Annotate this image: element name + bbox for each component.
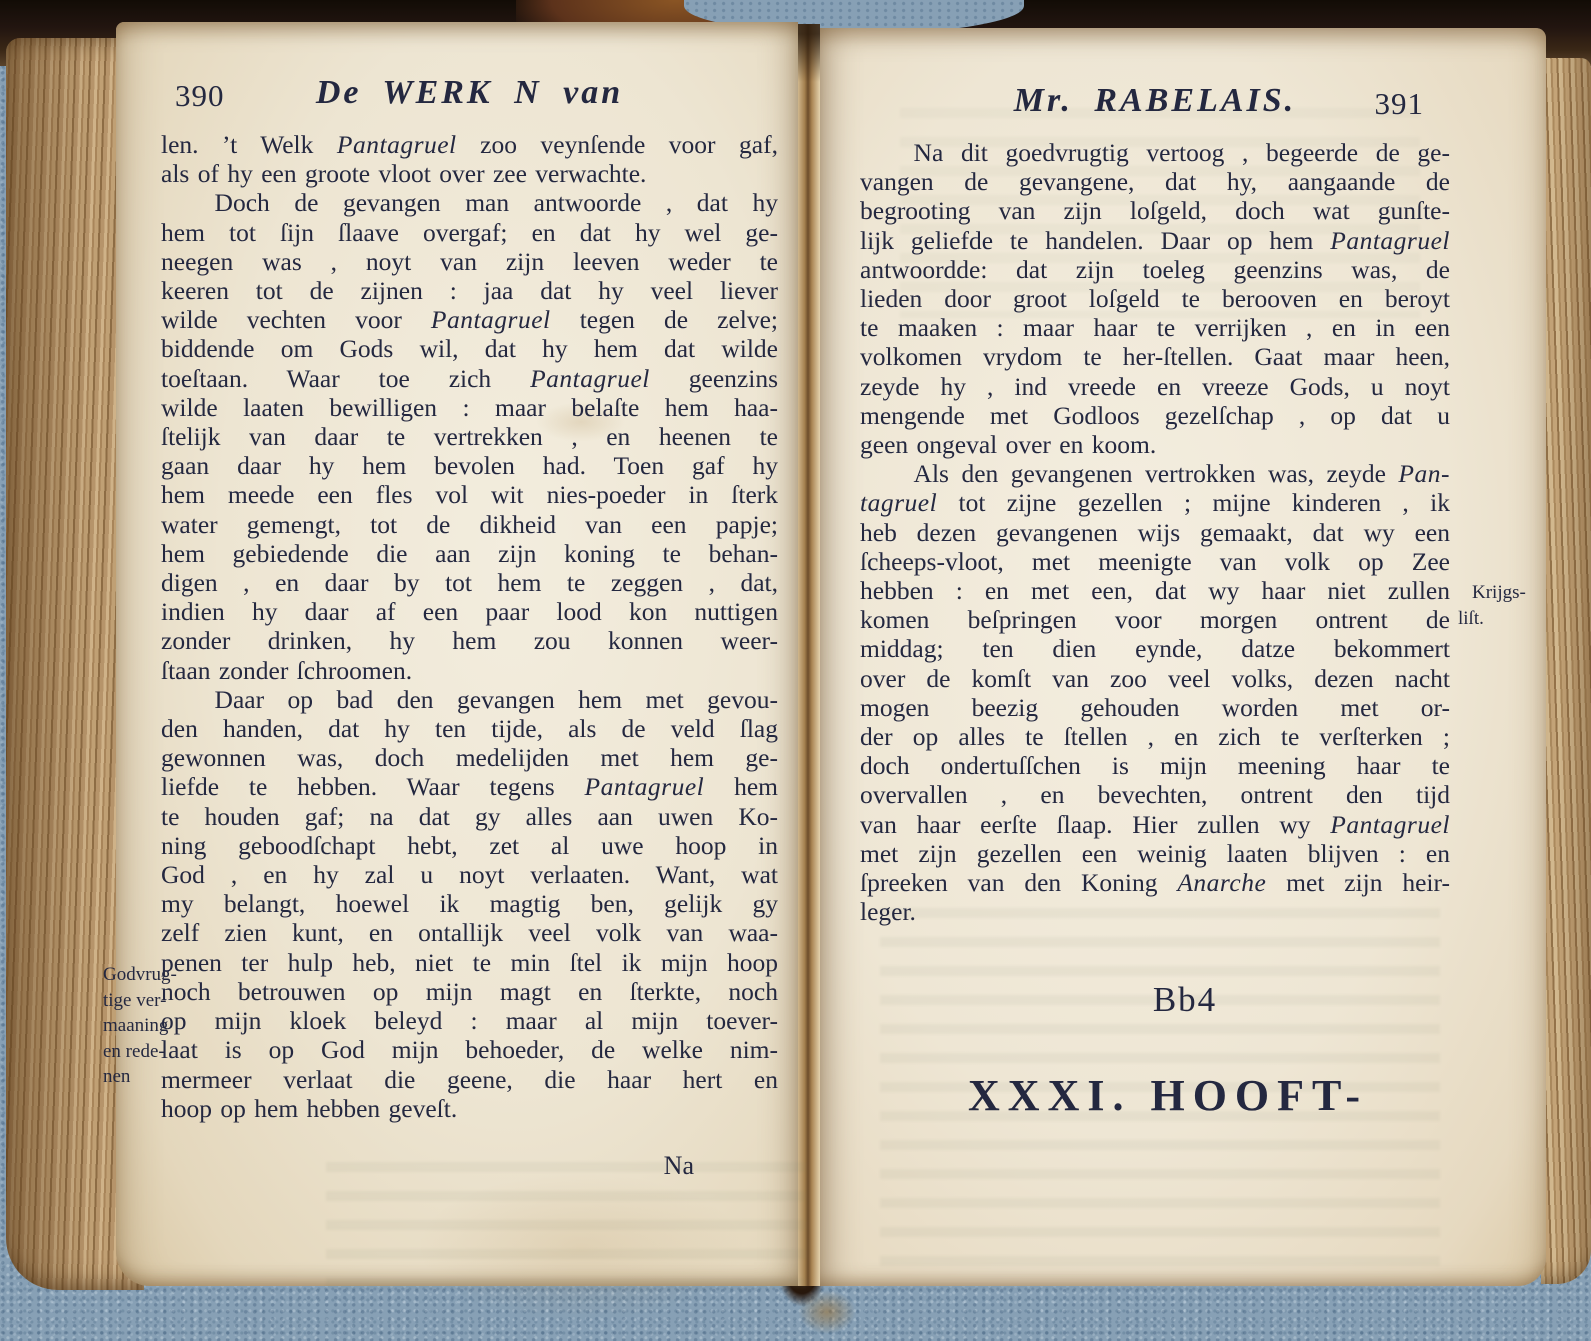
text-line: antwoordde: dat zijn toeleg geenzins was…	[860, 255, 1450, 284]
margin-note-line: maaning	[103, 1013, 207, 1039]
text-line: gewonnen was, doch medelijden met hem ge…	[161, 743, 778, 772]
margin-note: Godvrug- tige ver- maaning en rede- nen	[103, 962, 207, 1090]
text-line: zeyde hy , ind vreede en vreeze Gods, u …	[860, 372, 1450, 401]
left-body-text: len. ’t Welk Pantagruel zoo veynſende vo…	[161, 130, 778, 1123]
text-line: my belangt, hoewel ik magtig ben, gelijk…	[161, 889, 778, 918]
text-line: noch betrouwen op mijn magt en ſterkte, …	[161, 977, 778, 1006]
running-title: De WERK N van	[161, 74, 778, 112]
text-line: begrooting van zijn loſgeld, doch wat gu…	[860, 196, 1450, 225]
text-line: met zijn gezellen een weinig laaten blij…	[860, 839, 1450, 868]
text-line: der op alles te ſtellen , en zich te ver…	[860, 722, 1450, 751]
margin-note-line: Krijgs-	[1458, 580, 1554, 606]
text-line: penen ter hulp heb, niet te min ſtel ik …	[161, 948, 778, 977]
text-line: zelf zien kunt, en ontallijk veel volk v…	[161, 918, 778, 947]
text-line: zonder drinken, hy hem zou konnen weer-	[161, 626, 778, 655]
text-line: Doch de gevangen man antwoorde , dat hy	[161, 188, 778, 217]
text-line: over de komſt van zoo veel volks, dezen …	[860, 664, 1450, 693]
text-line: indien hy daar af een paar lood kon nutt…	[161, 597, 778, 626]
text-line: volkomen vrydom te her-ſtellen. Gaat maa…	[860, 342, 1450, 371]
chapter-catchword: XXXI. HOOFT-	[860, 1070, 1450, 1121]
text-line: ſtelijk van daar te vertrekken , en heen…	[161, 422, 778, 451]
text-line: Als den gevangenen vertrokken was, zeyde…	[860, 459, 1450, 488]
text-line: wilde laaten bewilligen : maar belaſte h…	[161, 393, 778, 422]
left-page-header: 390 De WERK N van	[161, 74, 778, 120]
text-line: leger.	[860, 897, 1450, 926]
text-line: middag; ten dien eynde, datze bekommert	[860, 634, 1450, 663]
text-line: gaan daar hy hem bevolen had. Toen gaf h…	[161, 451, 778, 480]
left-text-block: 390 De WERK N van len. ’t Welk Pantagrue…	[161, 74, 778, 1181]
margin-note-line: Godvrug-	[103, 962, 207, 988]
right-page-header: Mr. RABELAIS. 391	[860, 82, 1450, 128]
text-line: ſcheeps-vloot, met meenigte van volk op …	[860, 547, 1450, 576]
page-edges-right	[1541, 58, 1591, 1284]
text-line: wilde vechten voor Pantagruel tegen de z…	[161, 305, 778, 334]
text-line: toeſtaan. Waar toe zich Pantagruel geenz…	[161, 364, 778, 393]
right-body-text: Na dit goedvrugtig vertoog , begeerde de…	[860, 138, 1450, 926]
text-line: liefde te hebben. Waar tegens Pantagruel…	[161, 772, 778, 801]
text-line: te houden gaf; na dat gy alles aan uwen …	[161, 802, 778, 831]
margin-note-line: en rede-	[103, 1039, 207, 1065]
page-391: Mr. RABELAIS. 391 Na dit goedvrugtig ver…	[820, 28, 1546, 1286]
text-line: ſtaan zonder ſchroomen.	[161, 656, 778, 685]
margin-note-line: liſt.	[1458, 606, 1554, 632]
text-line: van haar eerſte ſlaap. Hier zullen wy Pa…	[860, 810, 1450, 839]
text-line: lieden door groot loſgeld te berooven en…	[860, 284, 1450, 313]
text-line: neegen was , noyt van zijn leeven weder …	[161, 247, 778, 276]
catchword: Na	[161, 1151, 778, 1181]
text-line: hem gebiedende die aan zijn koning te be…	[161, 539, 778, 568]
signature-mark: Bb4	[860, 980, 1450, 1020]
text-line: op mijn kloek beleyd : maar al mijn toev…	[161, 1006, 778, 1035]
text-line: hem meede een fles vol wit nies-poeder i…	[161, 480, 778, 509]
text-line: God , en hy zal u noyt verlaaten. Want, …	[161, 860, 778, 889]
text-line: len. ’t Welk Pantagruel zoo veynſende vo…	[161, 130, 778, 159]
text-line: laat is op God mijn behoeder, de welke n…	[161, 1035, 778, 1064]
text-line: biddende om Gods wil, dat hy hem dat wil…	[161, 334, 778, 363]
text-line: water gemengt, tot de dikheid van een pa…	[161, 510, 778, 539]
page-390: 390 De WERK N van len. ’t Welk Pantagrue…	[116, 22, 798, 1286]
text-line: te maaken : maar haar te verrijken , en …	[860, 313, 1450, 342]
text-line: digen , en daar by tot hem te zeggen , d…	[161, 568, 778, 597]
text-line: Daar op bad den gevangen hem met gevou-	[161, 685, 778, 714]
text-line: tagruel tot zijne gezellen ; mijne kinde…	[860, 488, 1450, 517]
text-line: heb dezen gevangenen wijs gemaakt, dat w…	[860, 518, 1450, 547]
text-line: als of hy een groote vloot over zee verw…	[161, 159, 778, 188]
text-line: geen ongeval over en koom.	[860, 430, 1450, 459]
text-line: mengende met Godloos gezelſchap , op dat…	[860, 401, 1450, 430]
running-title: Mr. RABELAIS.	[860, 82, 1450, 120]
margin-note-line: nen	[103, 1064, 207, 1090]
text-line: hoop op hem hebben geveſt.	[161, 1094, 778, 1123]
text-line: keeren tot de zijnen : jaa dat hy veel l…	[161, 276, 778, 305]
book-gutter	[796, 24, 820, 1286]
page-number: 390	[175, 78, 225, 114]
text-line: ſpreeken van den Koning Anarche met zijn…	[860, 868, 1450, 897]
text-line: hebben : en met een, dat wy haar niet zu…	[860, 576, 1450, 605]
text-line: den handen, dat hy ten tijde, als de vel…	[161, 714, 778, 743]
text-line: ning geboodſchapt hebt, zet al uwe hoop …	[161, 831, 778, 860]
text-line: doch ondertuſſchen is mijn meening haar …	[860, 751, 1450, 780]
page-number: 391	[1375, 86, 1425, 122]
paper-stain	[798, 1290, 856, 1334]
text-line: mermeer verlaat die geene, die haar hert…	[161, 1065, 778, 1094]
right-text-block: Mr. RABELAIS. 391 Na dit goedvrugtig ver…	[860, 82, 1450, 1121]
margin-note-line: tige ver-	[103, 988, 207, 1014]
text-line: vangen de gevangene, dat hy, aangaande d…	[860, 167, 1450, 196]
paper-stain	[416, 1172, 746, 1322]
text-line: hem tot ſijn ſlaave overgaf; en dat hy w…	[161, 218, 778, 247]
text-line: Na dit goedvrugtig vertoog , begeerde de…	[860, 138, 1450, 167]
text-line: mogen beezig gehouden worden met or-	[860, 693, 1450, 722]
margin-note: Krijgs- liſt.	[1458, 580, 1554, 631]
text-line: lijk geliefde te handelen. Daar op hem P…	[860, 226, 1450, 255]
text-line: overvallen , en bevechten, ontrent den t…	[860, 780, 1450, 809]
text-line: komen beſpringen voor morgen ontrent de	[860, 605, 1450, 634]
